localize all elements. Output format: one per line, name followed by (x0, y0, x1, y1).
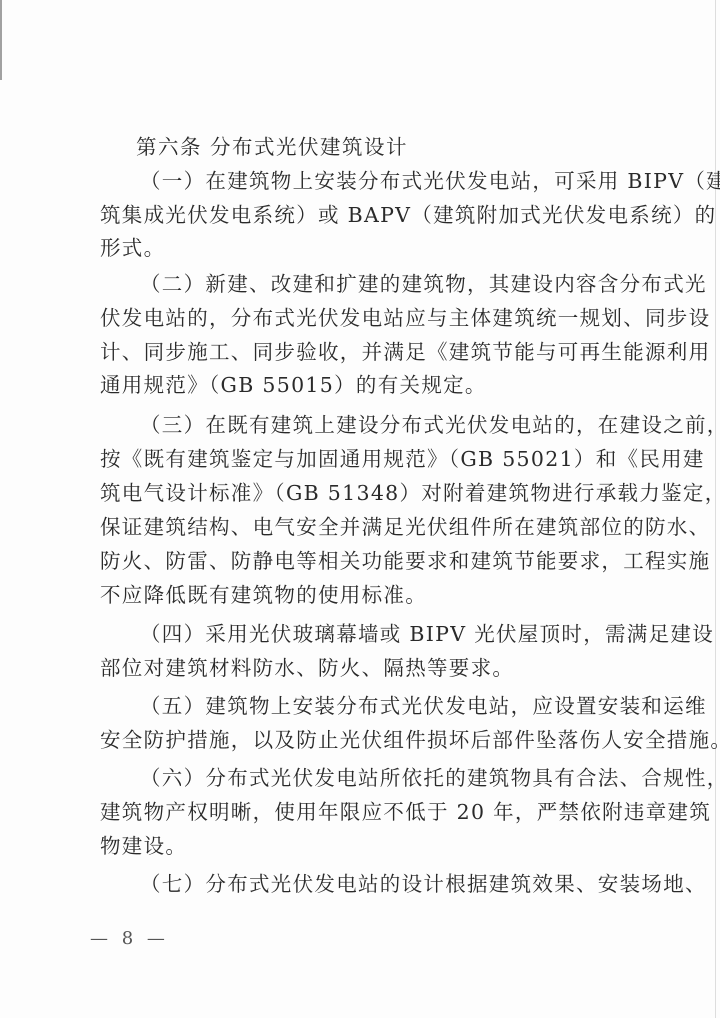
text-line: 不应降低既有建筑物的使用标准。 (100, 582, 625, 608)
text-line: 建筑物产权明晰，使用年限应不低于 20 年，严禁依附违章建筑 (100, 799, 625, 825)
scan-edge-left (0, 0, 2, 80)
text-line: （一）在建筑物上安装分布式光伏发电站，可采用 BIPV（建 (140, 168, 625, 194)
text-line: （七）分布式光伏发电站的设计根据建筑效果、安装场地、 (140, 871, 625, 897)
text-line: 按《既有建筑鉴定与加固通用规范》（GB 55021）和《民用建 (100, 446, 625, 472)
text-line: 计、同步施工、同步验收，并满足《建筑节能与可再生能源利用 (100, 339, 625, 365)
text-line: 安全防护措施，以及防止光伏组件损坏后部件坠落伤人安全措施。 (100, 727, 625, 753)
scan-edge-right (715, 0, 716, 1018)
text-line: （三）在既有建筑上建设分布式光伏发电站的，在建设之前， (140, 412, 625, 438)
text-line: 筑集成光伏发电系统）或 BAPV（建筑附加式光伏发电系统）的 (100, 202, 625, 228)
text-line: 形式。 (100, 235, 625, 261)
text-line: 保证建筑结构、电气安全并满足光伏组件所在建筑部位的防水、 (100, 514, 625, 540)
text-line: （二）新建、改建和扩建的建筑物，其建设内容含分布式光 (140, 271, 625, 297)
text-line: 通用规范》（GB 55015）的有关规定。 (100, 372, 625, 398)
article-title: 第六条 分布式光伏建筑设计 (136, 134, 408, 160)
text-line: 筑电气设计标准》（GB 51348）对附着建筑物进行承载力鉴定， (100, 480, 625, 506)
text-line: 部位对建筑材料防水、防火、隔热等要求。 (100, 655, 625, 681)
text-line: 伏发电站的，分布式光伏发电站应与主体建筑统一规划、同步设 (100, 305, 625, 331)
text-line: （四）采用光伏玻璃幕墙或 BIPV 光伏屋顶时，需满足建设 (140, 621, 625, 647)
text-line: （六）分布式光伏发电站所依托的建筑物具有合法、合规性， (140, 765, 625, 791)
text-line: （五）建筑物上安装分布式光伏发电站，应设置安装和运维 (140, 693, 625, 719)
text-line: 物建设。 (100, 833, 625, 859)
page-number: — 8 — (90, 928, 169, 949)
text-line: 防火、防雷、防静电等相关功能要求和建筑节能要求，工程实施 (100, 548, 625, 574)
